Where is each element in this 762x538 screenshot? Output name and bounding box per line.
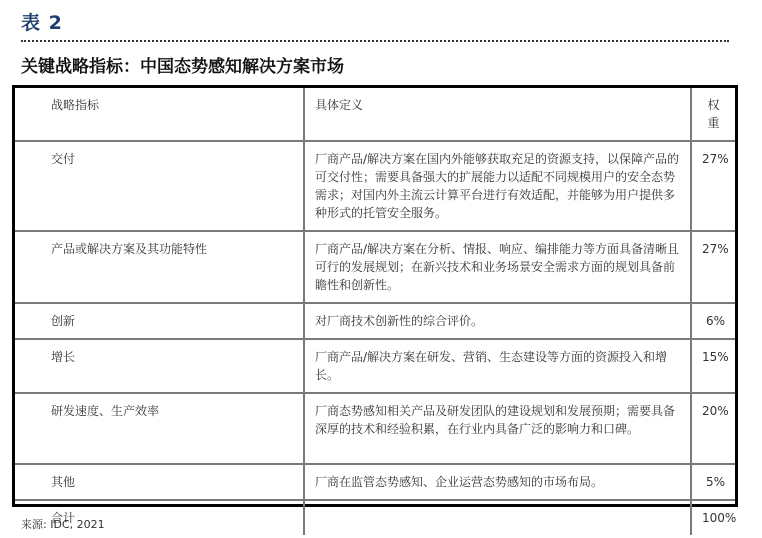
table-row-total: 合计 100% [15, 500, 735, 535]
table-row: 交付 厂商产品/解决方案在国内外能够获取充足的资源支持，以保障产品的可交付性；需… [15, 141, 735, 231]
dotted-divider [21, 40, 729, 42]
indicator-cell: 其他 [15, 464, 304, 500]
header-weight: 权重 [691, 88, 735, 141]
source-note: 来源: IDC, 2021 [21, 516, 105, 532]
definition-cell [304, 500, 691, 535]
indicator-cell: 创新 [15, 303, 304, 339]
table-row: 其他 厂商在监管态势感知、企业运营态势感知的市场布局。 5% [15, 464, 735, 500]
indicator-cell: 研发速度、生产效率 [15, 393, 304, 464]
definition-cell: 厂商态势感知相关产品及研发团队的建设规划和发展预期；需要具备深厚的技术和经验积累… [304, 393, 691, 464]
weight-cell: 20% [691, 393, 735, 464]
definition-cell: 厂商产品/解决方案在研发、营销、生态建设等方面的资源投入和增长。 [304, 339, 691, 393]
table-row: 产品或解决方案及其功能特性 厂商产品/解决方案在分析、情报、响应、编排能力等方面… [15, 231, 735, 303]
definition-cell: 对厂商技术创新性的综合评价。 [304, 303, 691, 339]
metrics-table: 战略指标 具体定义 权重 交付 厂商产品/解决方案在国内外能够获取充足的资源支持… [12, 85, 738, 507]
weight-cell: 5% [691, 464, 735, 500]
table-label: 表 2 [21, 8, 63, 35]
definition-cell: 厂商产品/解决方案在国内外能够获取充足的资源支持，以保障产品的可交付性；需要具备… [304, 141, 691, 231]
table-header-row: 战略指标 具体定义 权重 [15, 88, 735, 141]
indicator-cell: 产品或解决方案及其功能特性 [15, 231, 304, 303]
weight-cell: 6% [691, 303, 735, 339]
header-indicator: 战略指标 [15, 88, 304, 141]
indicator-cell: 增长 [15, 339, 304, 393]
indicator-cell: 交付 [15, 141, 304, 231]
table-row: 创新 对厂商技术创新性的综合评价。 6% [15, 303, 735, 339]
table-row: 研发速度、生产效率 厂商态势感知相关产品及研发团队的建设规划和发展预期；需要具备… [15, 393, 735, 464]
weight-cell: 15% [691, 339, 735, 393]
weight-cell: 100% [691, 500, 735, 535]
table-row: 增长 厂商产品/解决方案在研发、营销、生态建设等方面的资源投入和增长。 15% [15, 339, 735, 393]
weight-cell: 27% [691, 141, 735, 231]
definition-cell: 厂商产品/解决方案在分析、情报、响应、编排能力等方面具备清晰且可行的发展规划；在… [304, 231, 691, 303]
header-definition: 具体定义 [304, 88, 691, 141]
weight-cell: 27% [691, 231, 735, 303]
definition-cell: 厂商在监管态势感知、企业运营态势感知的市场布局。 [304, 464, 691, 500]
table-title: 关键战略指标：中国态势感知解决方案市场 [21, 52, 344, 77]
